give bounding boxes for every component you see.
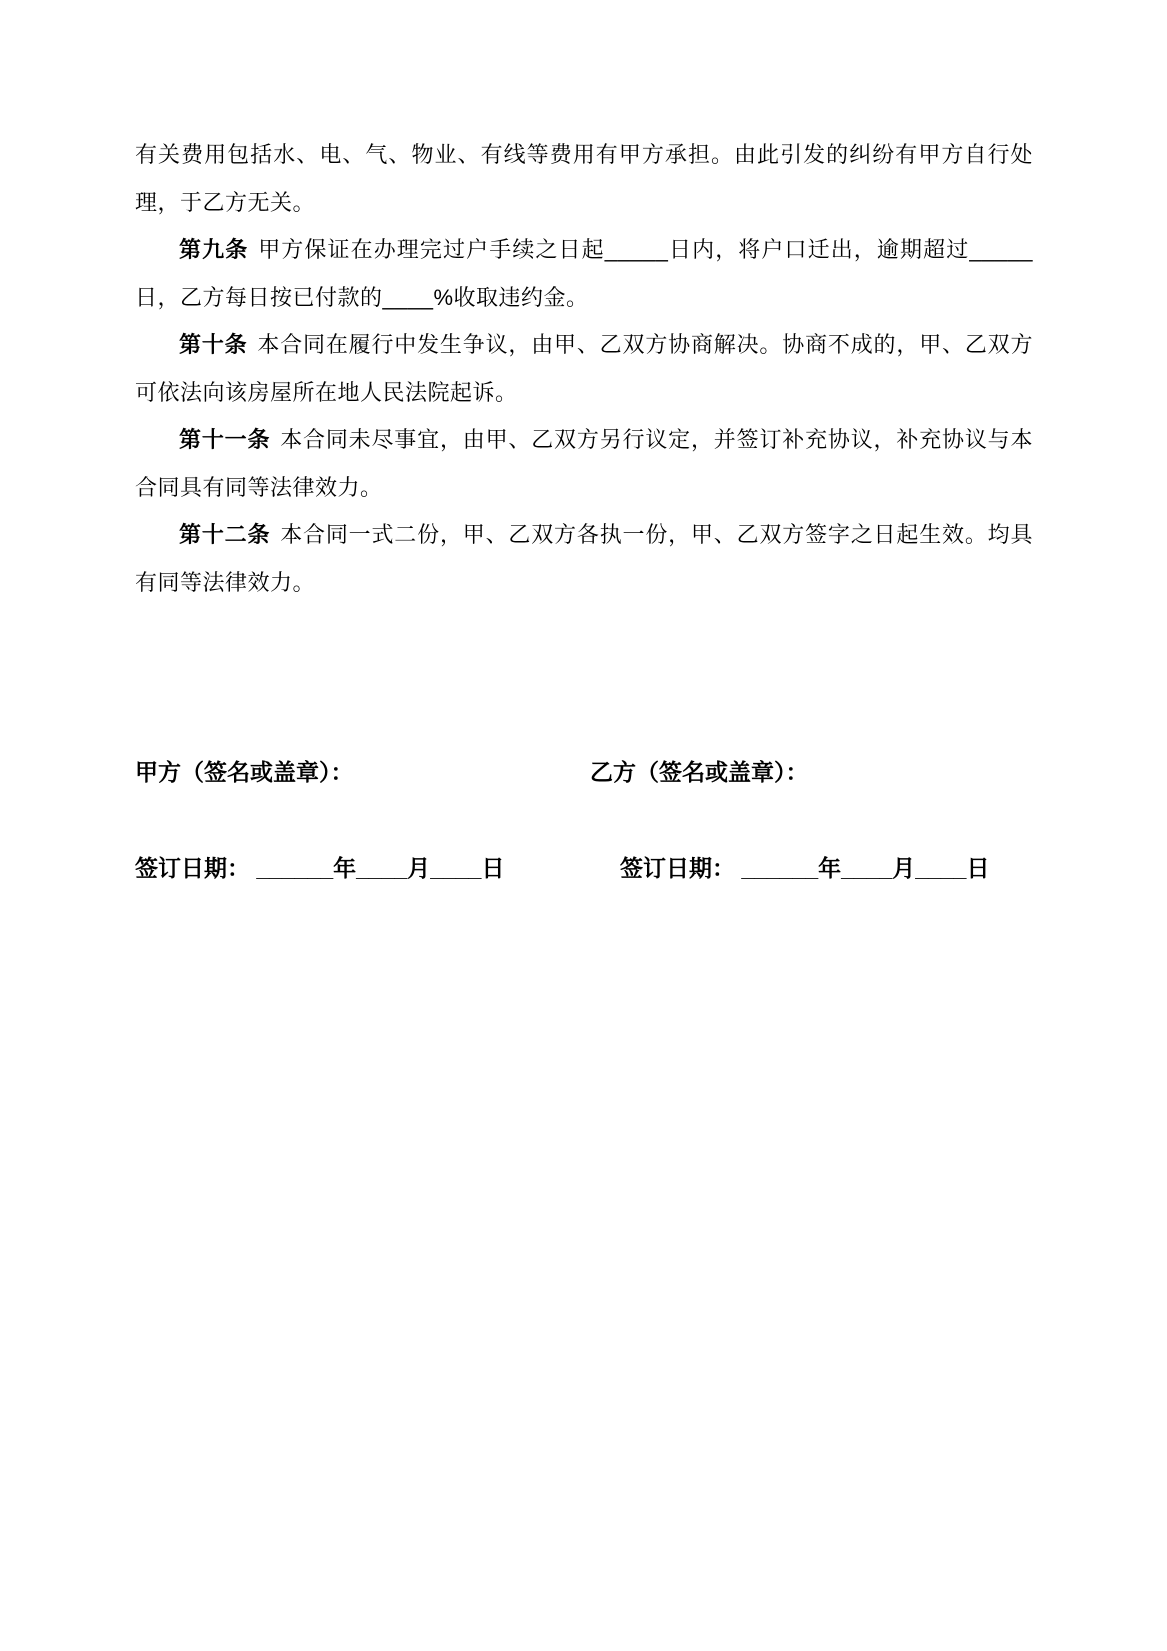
paragraph-text: 有关费用包括水、电、气、物业、有线等费用有甲方承担。由此引发的纠纷有甲方自行处理…: [135, 142, 1033, 215]
clause-label: 第九条: [179, 237, 248, 262]
signature-row: 甲方（签名或盖章）： 乙方（签名或盖章）：: [135, 757, 1085, 787]
contract-body: 有关费用包括水、电、气、物业、有线等费用有甲方承担。由此引发的纠纷有甲方自行处理…: [135, 131, 1033, 606]
paragraph-utility-fees: 有关费用包括水、电、气、物业、有线等费用有甲方承担。由此引发的纠纷有甲方自行处理…: [135, 131, 1033, 226]
party-a-signature-label: 甲方（签名或盖章）：: [135, 757, 590, 787]
paragraph-text: 甲方保证在办理完过户手续之日起_____日内，将户口迁出，逾期超过_____日，…: [135, 237, 1033, 310]
party-b-date-label: 签订日期： ______年____月____日: [620, 853, 1085, 883]
paragraph-clause-11: 第十一条本合同未尽事宜，由甲、乙双方另行议定，并签订补充协议，补充协议与本合同具…: [135, 416, 1033, 511]
paragraph-clause-10: 第十条本合同在履行中发生争议，由甲、乙双方协商解决。协商不成的，甲、乙双方可依法…: [135, 321, 1033, 416]
clause-label: 第十二条: [179, 522, 270, 547]
clause-label: 第十一条: [179, 427, 270, 452]
contract-page: 有关费用包括水、电、气、物业、有线等费用有甲方承担。由此引发的纠纷有甲方自行处理…: [0, 0, 1167, 1651]
paragraph-clause-12: 第十二条本合同一式二份，甲、乙双方各执一份，甲、乙双方签字之日起生效。均具有同等…: [135, 511, 1033, 606]
paragraph-text: 本合同在履行中发生争议，由甲、乙双方协商解决。协商不成的，甲、乙双方可依法向该房…: [135, 332, 1033, 405]
paragraph-clause-9: 第九条甲方保证在办理完过户手续之日起_____日内，将户口迁出，逾期超过____…: [135, 226, 1033, 321]
clause-label: 第十条: [179, 332, 247, 357]
signing-date-row: 签订日期： ______年____月____日 签订日期： ______年___…: [135, 853, 1085, 883]
party-b-signature-label: 乙方（签名或盖章）：: [590, 757, 1085, 787]
party-a-date-label: 签订日期： ______年____月____日: [135, 853, 620, 883]
